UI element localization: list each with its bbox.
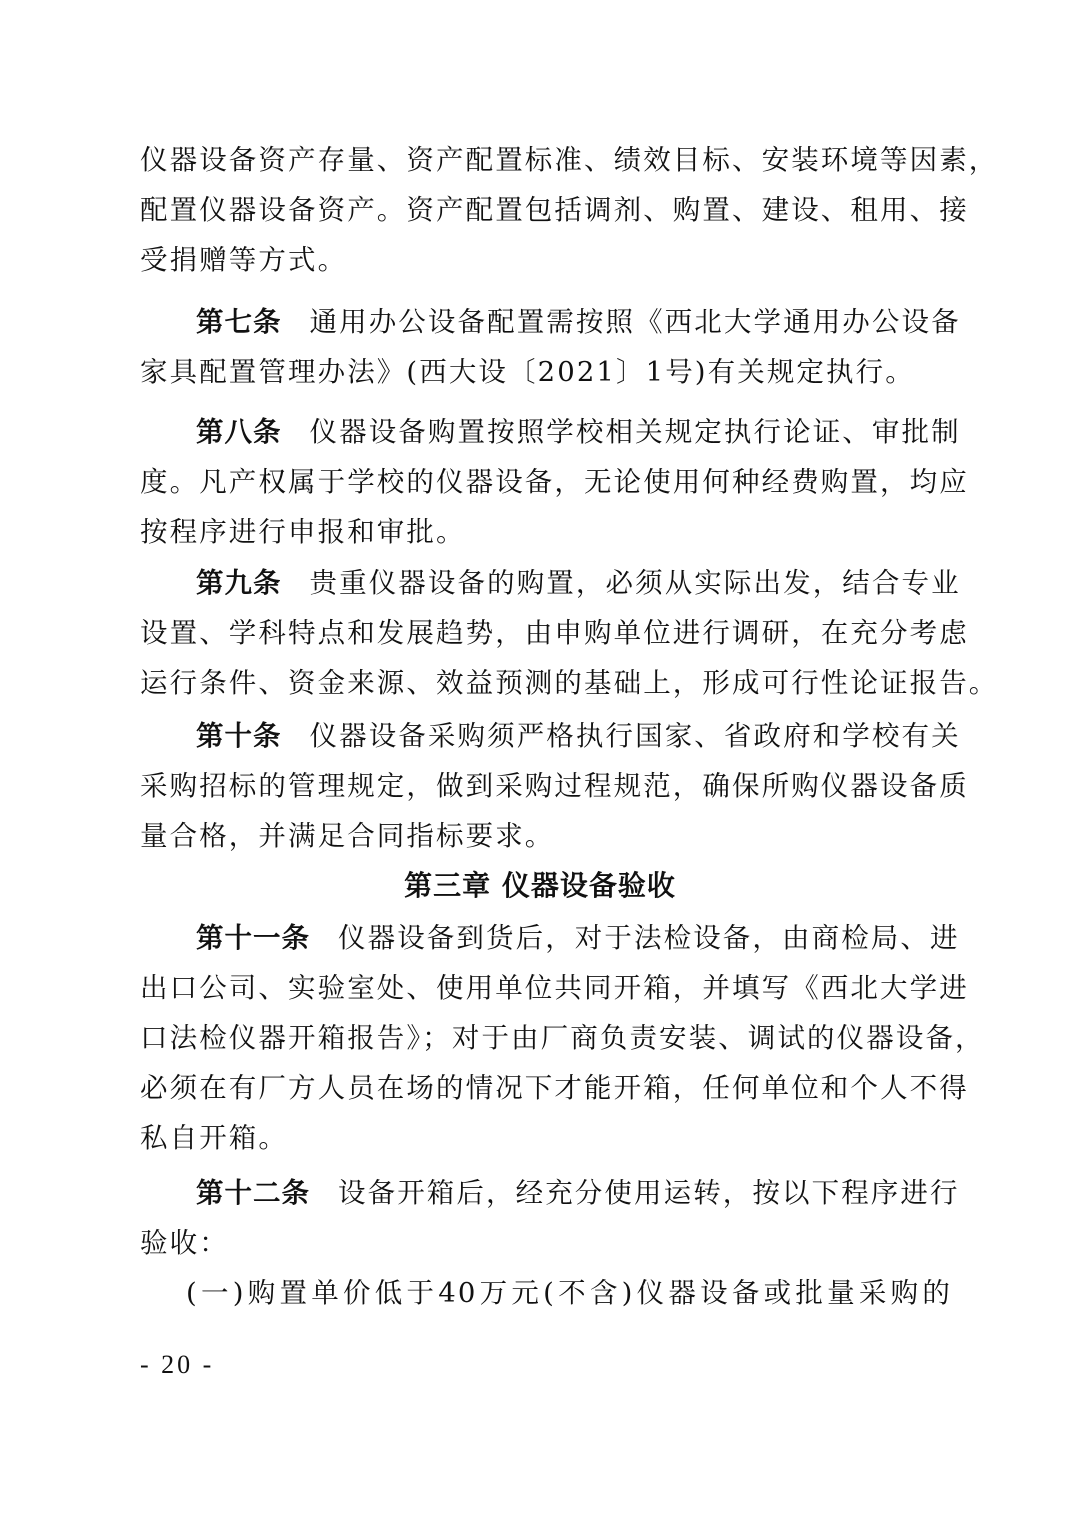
paragraph-line: 必须在有厂方人员在场的情况下才能开箱，任何单位和个人不得 (140, 1068, 952, 1108)
article-10-first-line: 第十条仪器设备采购须严格执行国家、省政府和学校有关 (196, 716, 952, 756)
article-12-first-line: 第十二条设备开箱后，经充分使用运转，按以下程序进行 (196, 1173, 952, 1213)
paragraph-line: 采购招标的管理规定，做到采购过程规范，确保所购仪器设备质 (140, 766, 952, 806)
paragraph-line: 验收： (140, 1223, 952, 1263)
article-label: 第十二条 (196, 1177, 310, 1209)
article-9-first-line: 第九条贵重仪器设备的购置，必须从实际出发，结合专业 (196, 563, 952, 603)
article-text: 仪器设备到货后，对于法检设备，由商检局、进 (338, 922, 960, 954)
paragraph-line: 按程序进行申报和审批。 (140, 512, 952, 552)
chapter-heading: 第三章 仪器设备验收 (0, 866, 1080, 906)
list-item-line: (一)购置单价低于40万元(不含)仪器设备或批量采购的 (186, 1273, 952, 1313)
article-11-first-line: 第十一条仪器设备到货后，对于法检设备，由商检局、进 (196, 918, 952, 958)
paragraph-line: 量合格，并满足合同指标要求。 (140, 816, 952, 856)
paragraph-line: 度。凡产权属于学校的仪器设备，无论使用何种经费购置，均应 (140, 462, 952, 502)
paragraph-line: 出口公司、实验室处、使用单位共同开箱，并填写《西北大学进 (140, 968, 952, 1008)
paragraph-line: 配置仪器设备资产。资产配置包括调剂、购置、建设、租用、接 (140, 190, 952, 230)
document-page: 仪器设备资产存量、资产配置标准、绩效目标、安装环境等因素， 配置仪器设备资产。资… (0, 0, 1080, 1528)
paragraph-line: 口法检仪器开箱报告》；对于由厂商负责安装、调试的仪器设备， (140, 1018, 952, 1058)
article-label: 第九条 (196, 567, 282, 599)
paragraph-line: 运行条件、资金来源、效益预测的基础上，形成可行性论证报告。 (140, 663, 952, 703)
article-8-first-line: 第八条仪器设备购置按照学校相关规定执行论证、审批制 (196, 412, 952, 452)
article-label: 第十条 (196, 720, 282, 752)
article-label: 第十一条 (196, 922, 310, 954)
article-text: 通用办公设备配置需按照《西北大学通用办公设备 (310, 306, 961, 338)
paragraph-line: 仪器设备资产存量、资产配置标准、绩效目标、安装环境等因素， (140, 140, 952, 180)
article-text: 仪器设备采购须严格执行国家、省政府和学校有关 (310, 720, 961, 752)
paragraph-line: 家具配置管理办法》(西大设〔2021〕1号)有关规定执行。 (140, 352, 952, 392)
paragraph-line: 设置、学科特点和发展趋势，由申购单位进行调研，在充分考虑 (140, 613, 952, 653)
page-number: - 20 - (140, 1348, 214, 1382)
article-label: 第七条 (196, 306, 282, 338)
article-text: 贵重仪器设备的购置，必须从实际出发，结合专业 (310, 567, 961, 599)
article-text: 设备开箱后，经充分使用运转，按以下程序进行 (338, 1177, 960, 1209)
paragraph-line: 私自开箱。 (140, 1118, 952, 1158)
article-text: 仪器设备购置按照学校相关规定执行论证、审批制 (310, 416, 961, 448)
article-label: 第八条 (196, 416, 282, 448)
paragraph-line: 受捐赠等方式。 (140, 240, 952, 280)
article-7-first-line: 第七条通用办公设备配置需按照《西北大学通用办公设备 (196, 302, 952, 342)
